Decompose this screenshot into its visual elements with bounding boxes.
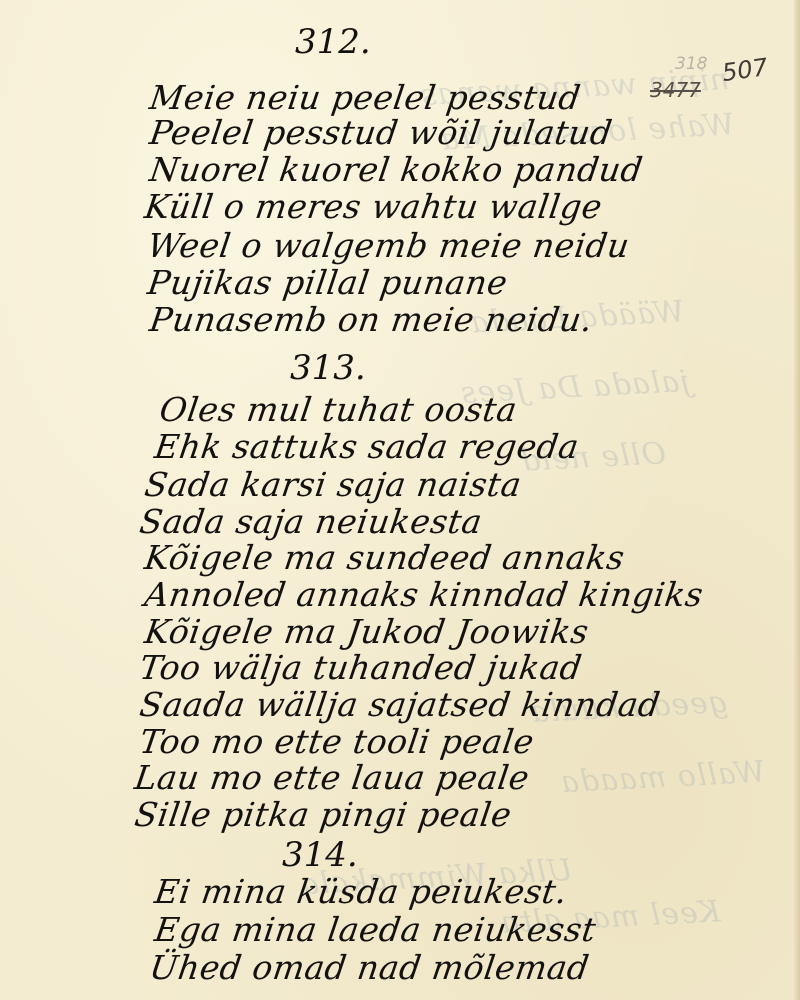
song-number: 313. bbox=[290, 348, 366, 388]
verse-line: Peelel pesstud wõil julatud bbox=[147, 113, 615, 152]
manuscript-page: nipin wanna wanas Wahe lorsseda Ma Wääda… bbox=[0, 0, 800, 1000]
verse-line: Too mo ette tooli peale bbox=[137, 722, 536, 761]
verse-line: Meie neiu peelel pesstud bbox=[147, 78, 583, 117]
bleed-through-text: Wallo maada bbox=[559, 755, 766, 801]
verse-line: Kõigele ma sundeed annaks bbox=[142, 538, 627, 577]
verse-line: Lau mo ette laua peale bbox=[132, 758, 532, 797]
song-number: 314. bbox=[282, 835, 358, 875]
verse-line: Ei mina küsda peiukest. bbox=[152, 872, 570, 911]
verse-line: Saada wällja sajatsed kinndad bbox=[137, 685, 662, 724]
verse-line: Annoled annaks kinndad kingiks bbox=[142, 575, 706, 614]
page-edge bbox=[794, 0, 800, 1000]
verse-line: Küll o meres wahtu wallge bbox=[142, 187, 605, 226]
verse-line: Oles mul tuhat oosta bbox=[157, 390, 519, 429]
verse-line: Nuorel kuorel kokko pandud bbox=[147, 150, 645, 189]
verse-line: Weel o walgemb meie neidu bbox=[145, 226, 632, 265]
verse-line: Too wälja tuhanded jukad bbox=[137, 648, 584, 687]
verse-line: Kõigele ma Jukod Joowiks bbox=[142, 612, 591, 651]
song-number: 312. bbox=[295, 22, 371, 62]
verse-line: Pujikas pillal punane bbox=[145, 263, 510, 302]
page-number: 507 bbox=[720, 53, 769, 87]
verse-line: Sada karsi saja naista bbox=[142, 465, 524, 504]
archive-number-struck: 3477 bbox=[650, 78, 701, 102]
verse-line: Ühed omad nad mõlemad bbox=[147, 948, 592, 987]
verse-line: Ega mina laeda neiukesst bbox=[152, 910, 598, 949]
verse-line: Ehk sattuks sada regeda bbox=[152, 427, 581, 466]
verse-line: Punasemb on meie neidu. bbox=[147, 300, 595, 339]
verse-line: Sille pitka pingi peale bbox=[132, 795, 514, 834]
verse-line: Sada saja neiukesta bbox=[137, 502, 485, 541]
archive-number-faded: 318 bbox=[675, 54, 707, 74]
